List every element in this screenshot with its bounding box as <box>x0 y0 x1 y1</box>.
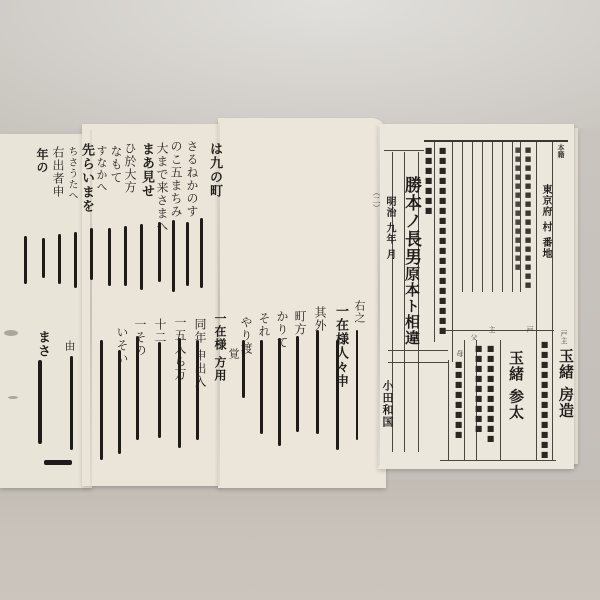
householder-name: 玉緒 房造 <box>558 348 573 418</box>
cursive-stroke <box>74 232 77 288</box>
register-column-rule <box>512 142 513 292</box>
cursive-stroke <box>124 226 127 286</box>
register-top-rule <box>424 140 568 142</box>
householder-label: 戸主 <box>560 330 567 344</box>
register-dense-entry: ■■■■■■■■■■■■■■■■ <box>524 146 531 290</box>
register-header-label: 本籍 <box>558 144 565 158</box>
cursive-stroke <box>196 340 199 440</box>
handwritten-column: 右之 <box>354 300 365 324</box>
cursive-stroke <box>108 228 111 286</box>
register-column-rule <box>448 360 449 460</box>
register-top-rule-left <box>384 150 424 151</box>
handwritten-column: それ <box>258 312 270 338</box>
cursive-stroke <box>186 222 189 286</box>
register-bottom-rule <box>440 460 556 461</box>
register-main-entry-2: 原本ト相違 <box>404 266 419 346</box>
handwritten-column: 先らいまを <box>80 143 93 213</box>
register-dense-entry: ■■■■■■■■■■■■ <box>540 340 548 460</box>
field-label-main: 主 <box>488 326 495 333</box>
cursive-stroke <box>316 330 319 434</box>
register-column-rule <box>552 142 553 460</box>
register-section-rule <box>388 362 448 363</box>
handwritten-column: まあ見せ <box>140 142 153 198</box>
handwritten-column: ひ於大方 <box>124 142 136 194</box>
cursive-stroke <box>42 238 45 278</box>
field-label-door: 戸 <box>526 326 533 333</box>
register-main-entry: 勝本ノ長男 <box>402 176 419 266</box>
handwritten-column: 由 <box>64 340 75 352</box>
handwritten-column: すなかへ <box>96 145 107 193</box>
cursive-stroke <box>140 224 143 290</box>
register-dense-entry: ■■■■■■■■■■■■■■■■■■■ <box>438 146 446 336</box>
register-date: 明治 九年 月 <box>384 196 394 260</box>
handwritten-column: は九の町 <box>208 142 221 198</box>
background-surface-top <box>0 0 600 128</box>
background-surface-bottom <box>0 480 600 600</box>
handwritten-column: 右出者申 <box>52 146 64 198</box>
cursive-stroke <box>100 340 103 460</box>
register-column-rule <box>500 340 501 460</box>
cursive-stroke <box>200 218 203 288</box>
field-label-father: 父 <box>470 334 477 341</box>
cursive-stroke <box>70 356 73 450</box>
register-dense-entry: ■■■■■■■■■ <box>474 344 482 434</box>
member-name: 玉緒 参太 <box>508 350 523 420</box>
register-dense-entry: ■■■■■■■■ <box>454 360 462 440</box>
cursive-stroke <box>158 342 161 438</box>
page-fold <box>378 126 380 466</box>
cursive-stroke <box>38 360 42 444</box>
cursive-stroke <box>24 236 27 284</box>
handwritten-column: のこ五まちみ <box>170 140 182 218</box>
cursive-stroke <box>296 336 299 432</box>
cursive-stroke <box>158 222 161 282</box>
register-column-rule <box>482 142 483 292</box>
handwritten-column: さるねかのす <box>186 140 198 218</box>
field-label-mother: 母 <box>456 350 463 357</box>
cursive-stroke <box>178 338 181 448</box>
register-side-note: 小田和国 <box>382 380 393 428</box>
handwritten-column: 大まで来さまへ <box>156 142 168 233</box>
signature-mark: 覚 <box>228 348 239 360</box>
register-column-rule <box>464 340 465 460</box>
register-column-rule <box>462 142 463 292</box>
register-column-rule <box>452 142 453 362</box>
handwritten-column: 十二 <box>154 318 166 344</box>
cursive-stroke <box>336 340 339 450</box>
register-column-rule <box>472 142 473 292</box>
register-section-rule <box>388 350 448 351</box>
register-section-rule <box>444 330 554 331</box>
register-column-rule <box>434 142 435 342</box>
handwritten-column: ちさうたへ <box>66 146 76 201</box>
cursive-stroke <box>278 338 281 446</box>
register-column-rule <box>492 142 493 292</box>
cursive-stroke <box>356 330 358 440</box>
handwritten-column: なもて <box>110 145 122 184</box>
handwritten-column: 一在様 方用 <box>214 312 226 382</box>
page-number-marker: （二） <box>372 188 380 212</box>
handwritten-column: 其外 <box>314 306 326 332</box>
register-column-rule <box>536 142 537 460</box>
handwritten-column: 年の <box>36 148 48 174</box>
cursive-stroke <box>90 228 93 280</box>
register-column-rule <box>502 142 503 292</box>
handwritten-column: まさ <box>36 330 49 358</box>
register-dense-entry: ■■■■■■■■■■ <box>486 344 494 444</box>
register-dense-entry: ■■■■■■■■■■■■■■ <box>514 146 521 272</box>
cursive-stroke <box>242 340 245 398</box>
register-address: 東京府 村 番地 <box>540 184 550 259</box>
ink-smudge <box>8 396 18 399</box>
handwritten-column: 町方 <box>294 310 306 336</box>
cursive-stroke <box>58 234 61 284</box>
register-dense-entry: ■■■■■■■ <box>424 146 432 216</box>
book-photograph: は九の町 さるねかのす のこ五まちみ 大まで来さまへ まあ見せ ひ於大方 なもて… <box>0 0 600 600</box>
cursive-stroke <box>260 340 263 434</box>
cursive-stroke <box>118 350 121 454</box>
cursive-flourish <box>44 460 72 465</box>
cursive-stroke <box>136 336 139 440</box>
cursive-stroke <box>172 220 175 292</box>
ink-smudge <box>4 330 18 336</box>
